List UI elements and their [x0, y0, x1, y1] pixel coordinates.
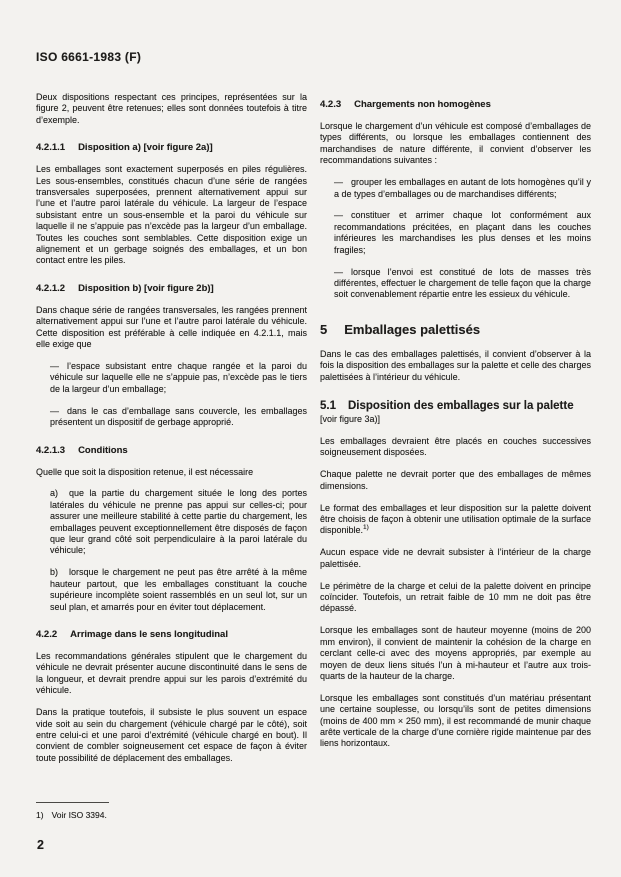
heading-title: Chargements non homogènes	[354, 99, 491, 110]
two-column-layout: Deux dispositions respectant ces princip…	[36, 92, 591, 775]
heading-title: Disposition des emballages sur la palett…	[348, 400, 574, 412]
document-page: ISO 6661-1983 (F) Deux dispositions resp…	[0, 0, 621, 877]
heading-title: Disposition a) [voir figure 2a)]	[78, 142, 213, 153]
heading-4-2-1-1: 4.2.1.1Disposition a) [voir figure 2a)]	[36, 142, 307, 154]
paragraph-5-1-corner-pieces: Lorsque les emballages sont constitués d…	[320, 693, 591, 750]
heading-4-2-1-3: 4.2.1.3Conditions	[36, 445, 307, 457]
paragraph-4-2-2-first: Les recommandations générales stipulent …	[36, 651, 307, 697]
left-column: Deux dispositions respectant ces princip…	[36, 92, 307, 775]
paragraph-5-1-no-voids: Aucun espace vide ne devrait subsister à…	[320, 547, 591, 570]
heading-4-2-1-2: 4.2.1.2Disposition b) [voir figure 2b)]	[36, 283, 307, 295]
footnote: 1)Voir ISO 3394.	[36, 810, 109, 820]
footnote-reference-marker: 1)	[363, 524, 369, 531]
paragraph-text: Le format des emballages et leur disposi…	[320, 503, 591, 536]
heading-5-1: 5.1Disposition des emballages sur la pal…	[320, 400, 591, 413]
heading-number: 4.2.3	[320, 99, 341, 110]
bullet-text: dans le cas d’emballage sans couvercle, …	[50, 406, 307, 427]
heading-title: Emballages palettisés	[344, 322, 480, 337]
intro-paragraph: Deux dispositions respectant ces princip…	[36, 92, 307, 126]
bullet-item: —l’espace subsistant entre chaque rangée…	[36, 361, 307, 395]
paragraph-4-2-3: Lorsque le chargement d’un véhicule est …	[320, 121, 591, 167]
bullet-text: grouper les emballages en autant de lots…	[334, 177, 591, 198]
heading-title: Disposition b) [voir figure 2b)]	[78, 283, 214, 294]
paragraph-4-2-2-second: Dans la pratique toutefois, il subsiste …	[36, 707, 307, 764]
paragraph-5-1-perimeter: Le périmètre de la charge et celui de la…	[320, 581, 591, 615]
lettered-item-a: a)que la partie du chargement située le …	[36, 488, 307, 556]
item-marker: b)	[50, 567, 69, 578]
heading-5-1-figure-reference: [voir figure 3a)]	[320, 414, 591, 425]
document-reference-header: ISO 6661-1983 (F)	[36, 50, 591, 64]
dash-bullet: —	[334, 267, 351, 278]
heading-number: 5	[320, 322, 327, 337]
dash-bullet: —	[50, 406, 67, 417]
paragraph-4-2-1-1: Les emballages sont exactement superposé…	[36, 164, 307, 267]
item-text: que la partie du chargement située le lo…	[50, 488, 307, 555]
bullet-item: —grouper les emballages en autant de lot…	[320, 177, 591, 200]
paragraph-4-2-1-3: Quelle que soit la disposition retenue, …	[36, 467, 307, 478]
heading-section-5: 5Emballages palettisés	[320, 322, 591, 337]
heading-number: 5.1	[320, 400, 336, 412]
heading-number: 4.2.1.1	[36, 142, 65, 153]
item-text: lorsque le chargement ne peut pas être a…	[50, 567, 307, 611]
paragraph-5-1-strapping: Lorsque les emballages sont de hauteur m…	[320, 625, 591, 682]
dash-bullet: —	[334, 210, 351, 221]
heading-number: 4.2.1.3	[36, 445, 65, 456]
heading-4-2-2: 4.2.2Arrimage dans le sens longitudinal	[36, 629, 307, 641]
bullet-item: —constituer et arrimer chaque lot confor…	[320, 210, 591, 256]
bullet-item: —dans le cas d’emballage sans couvercle,…	[36, 406, 307, 429]
dash-bullet: —	[334, 177, 351, 188]
heading-4-2-3: 4.2.3Chargements non homogènes	[320, 99, 591, 111]
heading-title: Conditions	[78, 445, 128, 456]
heading-number: 4.2.1.2	[36, 283, 65, 294]
paragraph-4-2-1-2: Dans chaque série de rangées transversal…	[36, 305, 307, 351]
paragraph-5-1-layers: Les emballages devraient être placés en …	[320, 436, 591, 459]
footnote-divider	[36, 802, 109, 803]
bullet-text: constituer et arrimer chaque lot conform…	[334, 210, 591, 254]
bullet-text: lorsque l’envoi est constitué de lots de…	[334, 267, 591, 300]
heading-title: Arrimage dans le sens longitudinal	[70, 629, 228, 640]
bullet-item: —lorsque l’envoi est constitué de lots d…	[320, 267, 591, 301]
paragraph-5-1-dimensions: Chaque palette ne devrait porter que des…	[320, 469, 591, 492]
footnote-area: 1)Voir ISO 3394.	[36, 802, 109, 820]
item-marker: a)	[50, 488, 69, 499]
footnote-label: 1)	[36, 810, 44, 820]
heading-number: 4.2.2	[36, 629, 57, 640]
dash-bullet: —	[50, 361, 67, 372]
bullet-text: l’espace subsistant entre chaque rangée …	[50, 361, 307, 394]
lettered-item-b: b)lorsque le chargement ne peut pas être…	[36, 567, 307, 613]
paragraph-5-1-format: Le format des emballages et leur disposi…	[320, 503, 591, 537]
page-number: 2	[37, 838, 44, 852]
footnote-text: Voir ISO 3394.	[52, 810, 107, 820]
right-column: 4.2.3Chargements non homogènes Lorsque l…	[320, 92, 591, 760]
paragraph-section-5: Dans le cas des emballages palettisés, i…	[320, 349, 591, 383]
